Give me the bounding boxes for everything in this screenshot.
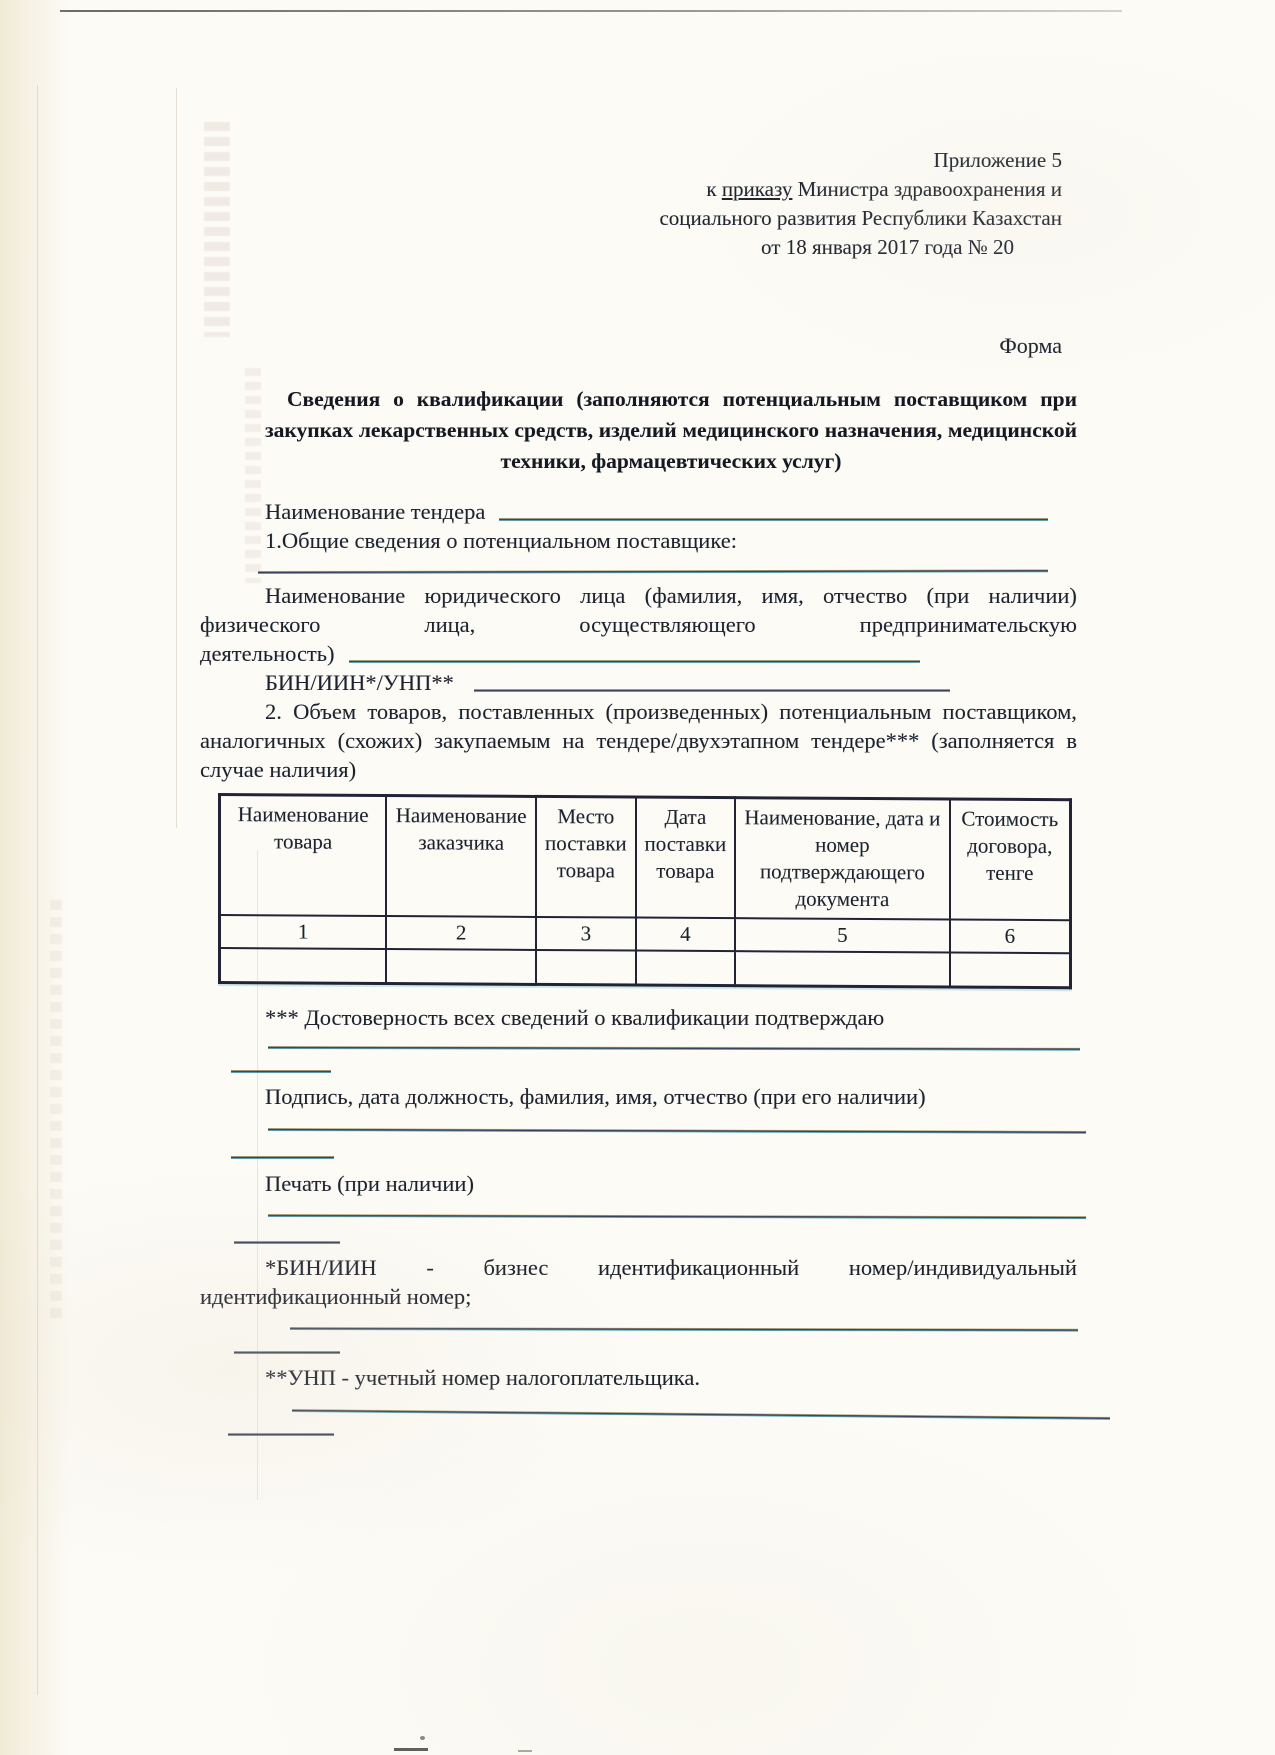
scan-artifact-bleedthrough-text [245, 368, 261, 583]
number-cell: 6 [950, 919, 1071, 953]
table-number-row: 1 2 3 4 5 6 [220, 915, 1071, 953]
short-fill-line [231, 1156, 334, 1159]
header-cell-product-name: Наименование товара [220, 795, 387, 917]
tender-name-row: Наименование тендера [200, 497, 1050, 526]
empty-cell [220, 948, 387, 984]
document-title-line-3: техники, фармацевтических услуг) [265, 446, 1077, 477]
fill-line [268, 1214, 1086, 1219]
activity-label: деятельность) [200, 639, 335, 668]
activity-fill-line [349, 660, 920, 663]
section-1-heading: 1.Общие сведения о потенциальном поставщ… [265, 526, 1142, 555]
fill-line [268, 1128, 1086, 1134]
header-cell-contract-cost: Стоимость договора, тенге [950, 799, 1071, 920]
qualification-table: Наименование товара Наименование заказчи… [218, 793, 1072, 989]
signature-caption: Подпись, дата должность, фамилия, имя, о… [265, 1082, 1142, 1111]
supplier-name-line-3-row: деятельность) [200, 639, 922, 668]
appendix-line-1: Приложение 5 [600, 146, 1062, 175]
fill-line [290, 1327, 1078, 1332]
tender-name-label: Наименование тендера [265, 497, 485, 526]
scan-artifact-bottom-mark [394, 1748, 428, 1751]
scan-artifact-vertical-line [176, 88, 177, 828]
empty-cell [636, 951, 736, 986]
scan-artifact-speck [420, 1736, 425, 1740]
number-cell: 5 [735, 918, 949, 952]
scan-artifact-bottom-mark [518, 1750, 532, 1752]
scan-artifact-vertical-line [37, 85, 38, 1695]
bin-iin-unp-label: БИН/ИИН*/УНП** [265, 668, 454, 697]
document-title-line-1: Сведенияоквалификации(заполняютсяпотенци… [265, 384, 1077, 415]
short-fill-line [234, 1351, 340, 1354]
signature-fill-line [268, 1046, 1080, 1051]
bin-footnote-line-1: *БИН/ИИН-бизнесидентификационныйномер/ин… [200, 1253, 1077, 1282]
seal-caption: Печать (при наличии) [265, 1169, 1142, 1198]
empty-cell [536, 950, 636, 985]
table-empty-row [220, 948, 1071, 988]
fill-line [292, 1409, 1110, 1420]
header-cell-delivery-place: Место поставки товара [536, 796, 636, 917]
appendix-line-3: социального развития Республики Казахста… [600, 204, 1062, 233]
bin-iin-unp-row: БИН/ИИН*/УНП** [200, 668, 952, 697]
number-cell: 1 [220, 915, 387, 949]
short-fill-line [234, 1241, 340, 1244]
order-underlined-word: приказу [722, 177, 793, 201]
empty-cell [950, 952, 1071, 987]
confirmation-statement: *** Достоверность всех сведений о квалиф… [265, 1003, 1142, 1032]
document-title: Сведенияоквалификации(заполняютсяпотенци… [265, 384, 1077, 477]
number-cell: 2 [386, 916, 536, 950]
appendix-line-4: от 18 января 2017 года № 20 [600, 233, 1062, 262]
document-title-line-2: закупкахлекарственныхсредств,изделиймеди… [265, 415, 1077, 446]
section-2-line-2: аналогичных(схожих)закупаемымнатендере/д… [200, 726, 1077, 755]
scanned-page: Приложение 5 к приказу Министра здравоох… [0, 0, 1275, 1755]
appendix-block: Приложение 5 к приказу Министра здравоох… [600, 146, 1062, 262]
header-cell-confirming-document: Наименование, дата и номер подтверждающе… [735, 798, 949, 920]
bin-iin-unp-fill-line [474, 689, 950, 692]
supplier-name-line-1: Наименованиеюридическоголица(фамилия,имя… [200, 581, 1077, 610]
section-2-line-3: случае наличия) [200, 755, 1077, 784]
unp-footnote: **УНП - учетный номер налогоплательщика. [265, 1363, 1142, 1392]
empty-cell [735, 951, 949, 987]
section-2-line-1: 2.Объемтоваров,поставленных(произведенны… [200, 697, 1077, 726]
scan-artifact-bleedthrough-text [50, 900, 62, 1320]
header-cell-delivery-date: Дата поставки товара [636, 797, 736, 918]
appendix-line-2-prefix: к [706, 177, 721, 201]
scan-artifact-left-shadow-band [0, 0, 70, 1755]
header-cell-customer-name: Наименование заказчика [386, 796, 536, 917]
scan-artifact-bleedthrough-text [204, 122, 230, 337]
short-fill-line [231, 1070, 331, 1073]
supplier-name-line-2: физическоголица,осуществляющегопредприни… [200, 610, 1077, 639]
tender-name-fill-line [499, 518, 1048, 521]
appendix-line-2: к приказу Министра здравоохранения и [600, 175, 1062, 204]
table-header-row: Наименование товара Наименование заказчи… [220, 795, 1071, 921]
bin-footnote-line-2: идентификационный номер; [200, 1282, 1077, 1311]
blank-fill-line [258, 569, 1048, 574]
short-fill-line [228, 1433, 334, 1436]
scan-artifact-top-edge-line [60, 10, 1122, 12]
appendix-line-2-suffix: Министра здравоохранения и [792, 177, 1062, 201]
number-cell: 3 [536, 917, 636, 951]
empty-cell [386, 949, 536, 984]
number-cell: 4 [636, 918, 736, 952]
form-label: Форма [600, 333, 1062, 359]
